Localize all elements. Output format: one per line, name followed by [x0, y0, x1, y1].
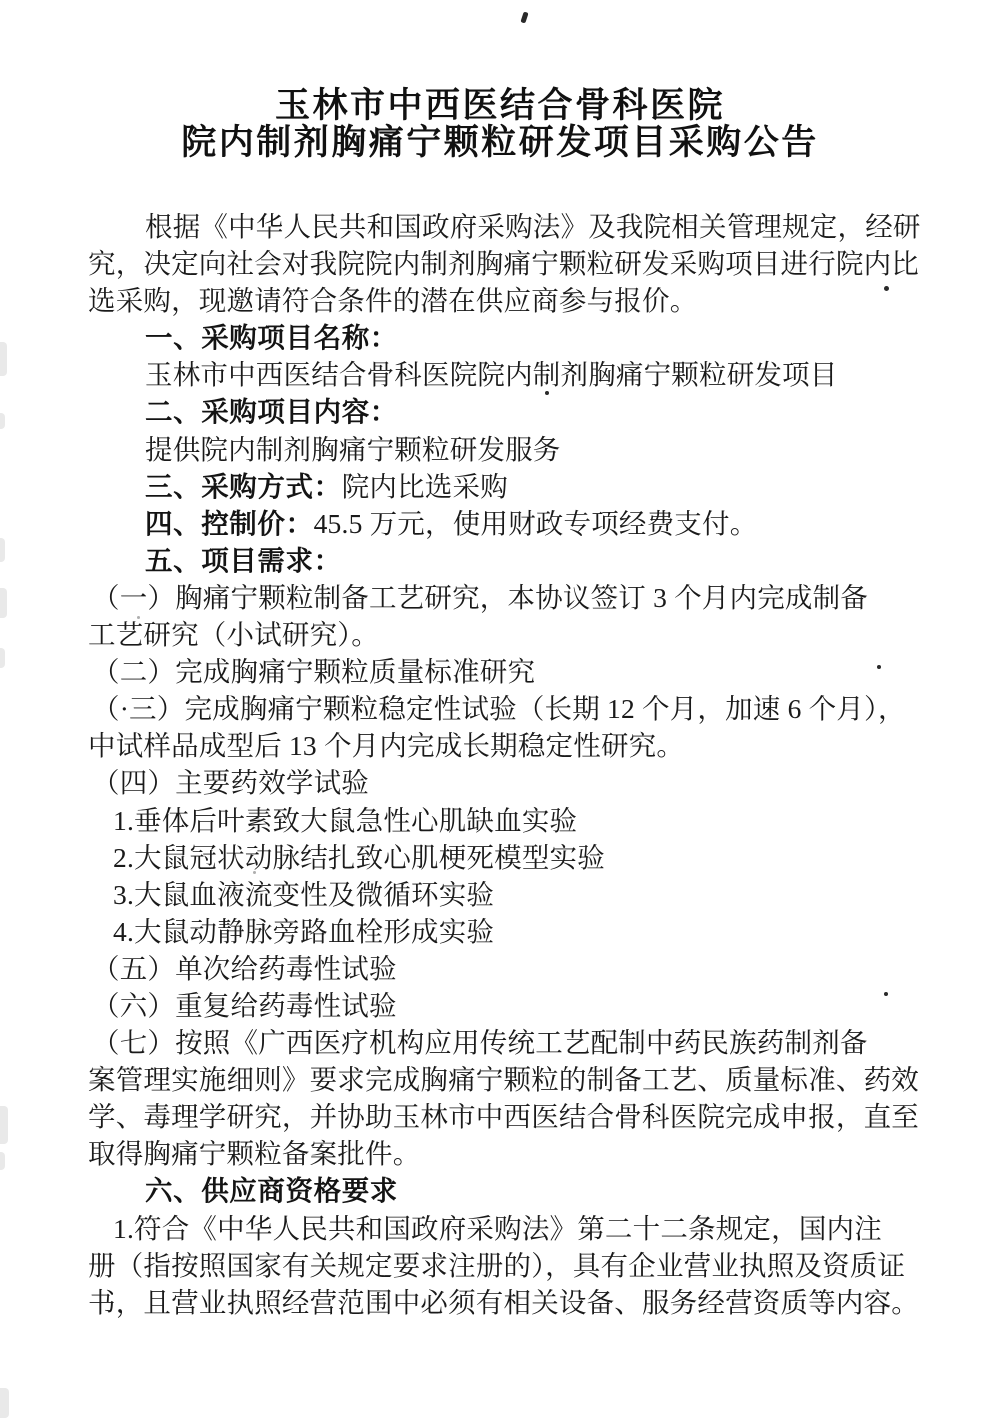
body-text: （五）单次给药毒性试验: [92, 953, 397, 984]
text-line: （一）胸痛宁颗粒制备工艺研究，本协议签订 3 个月内完成制备: [88, 579, 948, 616]
text-line: 玉林市中西医结合骨科医院院内制剂胸痛宁颗粒研发项目: [88, 356, 948, 393]
text-line: 选采购，现邀请符合条件的潜在供应商参与报价。: [88, 282, 948, 319]
scan-edge-smudge: [0, 1152, 5, 1170]
text-line: （七）按照《广西医疗机构应用传统工艺配制中药民族药制剂备: [88, 1024, 948, 1061]
heading-text: 五、项目需求：: [145, 545, 342, 576]
heading-text: 二、采购项目内容：: [145, 396, 398, 427]
body-text: 书，且营业执照经营范围中必须有相关设备、服务经营资质等内容。: [88, 1287, 919, 1318]
text-line: 学、毒理学研究，并协助玉林市中西医结合骨科医院完成申报，直至: [88, 1098, 948, 1135]
body-text: （六）重复给药毒性试验: [92, 990, 397, 1021]
body-text: 玉林市中西医结合骨科医院院内制剂胸痛宁颗粒研发项目: [145, 359, 838, 390]
scan-edge-smudge: [0, 648, 5, 668]
ink-speck: [253, 871, 256, 874]
text-line: （六）重复给药毒性试验: [88, 987, 948, 1024]
text-line: 一、采购项目名称：: [88, 319, 948, 356]
scan-edge-smudge: [0, 1388, 9, 1418]
text-line: 3.大鼠血液流变性及微循环实验: [88, 876, 948, 913]
body-text: （四）主要药效学试验: [92, 767, 369, 798]
text-line: （四）主要药效学试验: [88, 764, 948, 801]
text-line: 五、项目需求：: [88, 542, 948, 579]
body-text: 4.大鼠动静脉旁路血栓形成实验: [113, 916, 494, 947]
text-line: 2.大鼠冠状动脉结扎致心肌梗死模型实验: [88, 839, 948, 876]
text-line: 书，且营业执照经营范围中必须有相关设备、服务经营资质等内容。: [88, 1284, 948, 1321]
scan-edge-smudge: [0, 588, 7, 618]
text-line: （·三）完成胸痛宁颗粒稳定性试验（长期 12 个月，加速 6 个月），: [88, 690, 948, 727]
text-line: 中试样品成型后 13 个月内完成长期稳定性研究。: [88, 727, 948, 764]
title-line-1: 玉林市中西医结合骨科医院: [0, 87, 1000, 124]
text-line: 四、控制价：45.5 万元，使用财政专项经费支付。: [88, 505, 948, 542]
body-text: 根据《中华人民共和国政府采购法》及我院相关管理规定，经研: [145, 211, 921, 242]
title-line-2: 院内制剂胸痛宁颗粒研发项目采购公告: [0, 124, 1000, 161]
text-line: （五）单次给药毒性试验: [88, 950, 948, 987]
text-line: 究，决定向社会对我院院内制剂胸痛宁颗粒研发采购项目进行院内比: [88, 245, 948, 282]
document-body: 根据《中华人民共和国政府采购法》及我院相关管理规定，经研究，决定向社会对我院院内…: [88, 208, 948, 1321]
heading-text: 三、采购方式：: [145, 471, 342, 502]
ink-speck: [877, 665, 881, 669]
text-line: 1.垂体后叶素致大鼠急性心肌缺血实验: [88, 802, 948, 839]
body-text: 中试样品成型后 13 个月内完成长期稳定性研究。: [88, 730, 684, 761]
scan-edge-smudge: [0, 413, 5, 429]
body-text: 工艺研究（小试研究）。: [88, 619, 379, 650]
ink-speck: [884, 286, 889, 291]
text-line: 三、采购方式：院内比选采购: [88, 468, 948, 505]
ink-speck: [884, 992, 888, 996]
body-text: 45.5 万元，使用财政专项经费支付。: [314, 508, 758, 539]
body-text: 提供院内制剂胸痛宁颗粒研发服务: [145, 434, 561, 465]
body-text: 2.大鼠冠状动脉结扎致心肌梗死模型实验: [113, 842, 605, 873]
body-text: 选采购，现邀请符合条件的潜在供应商参与报价。: [88, 285, 697, 316]
heading-text: 一、采购项目名称：: [145, 322, 398, 353]
text-line: 取得胸痛宁颗粒备案批件。: [88, 1135, 948, 1172]
scan-edge-smudge: [0, 342, 7, 376]
body-text: 院内比选采购: [342, 471, 508, 502]
body-text: 学、毒理学研究，并协助玉林市中西医结合骨科医院完成申报，直至: [88, 1101, 919, 1132]
text-line: 二、采购项目内容：: [88, 393, 948, 430]
body-text: （二）完成胸痛宁颗粒质量标准研究: [92, 656, 535, 687]
document-title: 玉林市中西医结合骨科医院 院内制剂胸痛宁颗粒研发项目采购公告: [0, 87, 1000, 161]
body-text: 取得胸痛宁颗粒备案批件。: [88, 1138, 420, 1169]
text-line: 工艺研究（小试研究）。: [88, 616, 948, 653]
heading-text: 四、控制价：: [145, 508, 314, 539]
text-line: 提供院内制剂胸痛宁颗粒研发服务: [88, 431, 948, 468]
scan-edge-smudge: [0, 1106, 8, 1144]
ink-speck: [137, 616, 140, 619]
body-text: 3.大鼠血液流变性及微循环实验: [113, 879, 494, 910]
body-text: 1.符合《中华人民共和国政府采购法》第二十二条规定，国内注: [113, 1213, 882, 1244]
text-line: 案管理实施细则》要求完成胸痛宁颗粒的制备工艺、质量标准、药效: [88, 1061, 948, 1098]
body-text: 案管理实施细则》要求完成胸痛宁颗粒的制备工艺、质量标准、药效: [88, 1064, 919, 1095]
text-line: 六、供应商资格要求: [88, 1172, 948, 1209]
heading-text: 六、供应商资格要求: [145, 1175, 398, 1206]
body-text: （·三）完成胸痛宁颗粒稳定性试验（长期 12 个月，加速 6 个月），: [92, 693, 906, 724]
text-line: 根据《中华人民共和国政府采购法》及我院相关管理规定，经研: [88, 208, 948, 245]
text-line: 4.大鼠动静脉旁路血栓形成实验: [88, 913, 948, 950]
body-text: 1.垂体后叶素致大鼠急性心肌缺血实验: [113, 805, 577, 836]
body-text: （七）按照《广西医疗机构应用传统工艺配制中药民族药制剂备: [92, 1027, 868, 1058]
text-line: 1.符合《中华人民共和国政府采购法》第二十二条规定，国内注: [88, 1210, 948, 1247]
scan-edge-smudge: [0, 538, 5, 562]
scanned-document-page: 玉林市中西医结合骨科医院 院内制剂胸痛宁颗粒研发项目采购公告 根据《中华人民共和…: [0, 0, 1000, 1418]
text-line: （二）完成胸痛宁颗粒质量标准研究: [88, 653, 948, 690]
ink-speck: [545, 391, 549, 395]
body-text: （一）胸痛宁颗粒制备工艺研究，本协议签订 3 个月内完成制备: [92, 582, 868, 613]
ink-speck: [520, 11, 528, 23]
body-text: 究，决定向社会对我院院内制剂胸痛宁颗粒研发采购项目进行院内比: [88, 248, 919, 279]
text-line: 册（指按照国家有关规定要求注册的），具有企业营业执照及资质证: [88, 1247, 948, 1284]
body-text: 册（指按照国家有关规定要求注册的），具有企业营业执照及资质证: [88, 1250, 905, 1281]
